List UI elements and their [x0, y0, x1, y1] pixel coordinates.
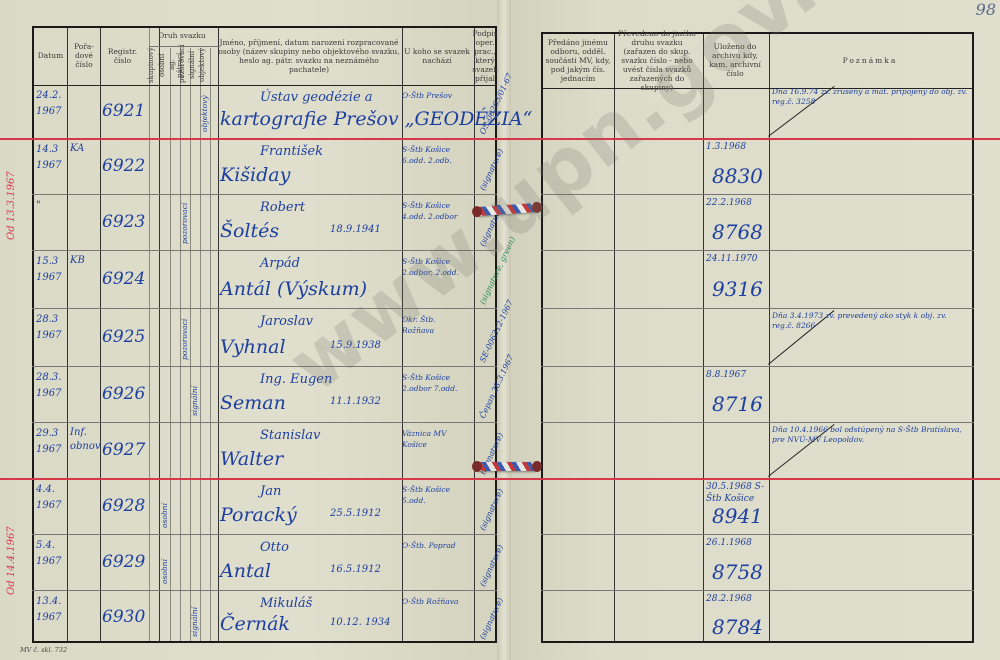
cell-u-koho: O-Štb. Poprad: [402, 540, 468, 551]
cell-surname: Seman: [220, 392, 286, 414]
cell-ulozeno-num: 8784: [712, 615, 763, 639]
cell-druh: signální: [190, 374, 199, 416]
cell-ulozeno-date: 1.3.1968: [706, 141, 768, 153]
cell-datum: 28.3. 1967: [36, 370, 66, 402]
cell-first-name: Jan: [260, 484, 281, 499]
header-datum: Datum: [34, 28, 67, 83]
cell-u-koho: O-Štb Prešov: [402, 90, 468, 101]
cell-surname: Šoltés: [220, 220, 279, 242]
cell-birth: 18.9.1941: [330, 224, 381, 235]
cell-datum: 13.4. 1967: [36, 594, 66, 626]
cell-ulozeno-num: 8941: [712, 504, 763, 528]
cell-registr: 6921: [102, 101, 145, 121]
cell-first-name: Otto: [260, 540, 289, 555]
cell-ulozeno-date: 8.8.1967: [706, 369, 768, 381]
cell-birth: 10.12. 1934: [330, 617, 390, 628]
cell-u-koho: O-Štb Rožňava: [402, 596, 468, 607]
header-poznamka: Poznámka: [770, 34, 970, 86]
cell-datum: 5.4. 1967: [36, 538, 66, 570]
header-registr-cislo: Registr. číslo: [100, 28, 145, 83]
cell-druh: pozorovací: [180, 202, 189, 244]
cell-first-name: František: [260, 144, 323, 159]
cell-birth: 16.5.1912: [330, 564, 381, 575]
cell-u-koho: S-Štb Košice 2.odbor 7.odd.: [402, 372, 468, 394]
cell-poradove: KB: [70, 254, 96, 268]
cell-datum: 29.3 1967: [36, 426, 66, 458]
cell-poznamka: Dňa 16.9.74 zv. zrušený a mat. pripojený…: [772, 87, 970, 107]
header-druh-1: osobní: [158, 47, 168, 83]
cell-birth: 25.5.1912: [330, 508, 381, 519]
cell-surname: Kišiday: [220, 164, 290, 186]
cell-ulozeno-date: 28.2.1968: [706, 593, 768, 605]
header-predano: Předáno jinému odboru, odděl. součásti M…: [545, 34, 611, 86]
cell-first-name: Stanislav: [260, 428, 320, 443]
header-druh-svazku: Druh svazku: [147, 27, 217, 43]
cell-ulozeno-date: 22.2.1968: [706, 197, 768, 209]
margin-note-2: Od 14.4.1967: [6, 526, 17, 595]
cell-surname: Walter: [220, 448, 283, 470]
cell-ulozeno-date: 26.1.1968: [706, 537, 768, 549]
cell-ulozeno-date: 24.11.1970: [706, 253, 768, 265]
header-jmeno: Jméno, příjmení, datum narození rozpraco…: [218, 28, 400, 83]
cell-first-name: Mikuláš: [260, 596, 312, 611]
cell-registr: 6922: [102, 156, 145, 176]
cell-druh: osobní: [160, 542, 169, 584]
cell-registr: 6930: [102, 607, 145, 627]
cell-ulozeno-date: 30.5.1968 S-Štb Košice: [706, 481, 768, 505]
header-druh-4: signální: [188, 47, 198, 83]
cell-registr: 6925: [102, 327, 145, 347]
margin-note-1: Od 13.3.1967: [6, 171, 17, 240]
cell-poradove: Inf. obnov: [70, 426, 96, 454]
cell-poznamka: Dňa 3.4.1973 zv. prevedený ako styk k ob…: [772, 311, 970, 331]
cell-surname: Černák: [220, 613, 290, 635]
cell-surname: Antal: [220, 560, 271, 582]
cell-datum: 4.4. 1967: [36, 482, 66, 514]
cell-ulozeno-num: 8768: [712, 220, 763, 244]
header-druh-2: ag. pátrací: [168, 47, 178, 83]
cell-datum: 24.2. 1967: [36, 88, 66, 120]
page-number: 98: [976, 0, 996, 19]
cell-druh: osobní: [160, 486, 169, 528]
cell-poznamka: Dňa 10.4.1966 bol odstúpený na S-Štb Bra…: [772, 425, 970, 445]
cell-registr: 6923: [102, 212, 145, 232]
cell-registr: 6926: [102, 384, 145, 404]
cell-poradove: KA: [70, 142, 96, 156]
cell-registr: 6928: [102, 496, 145, 516]
cell-first-name: Arpád: [260, 256, 300, 271]
cell-ulozeno-num: 9316: [712, 277, 763, 301]
cell-datum: ": [36, 198, 66, 214]
cell-druh: signální: [190, 598, 199, 637]
cell-datum: 14.3 1967: [36, 142, 66, 174]
cell-druh: pozorovací: [180, 316, 189, 360]
cell-registr: 6929: [102, 552, 145, 572]
binding-cord-bottom: [476, 462, 538, 471]
cell-datum: 28.3 1967: [36, 312, 66, 344]
cell-ulozeno-num: 8830: [712, 164, 763, 188]
cell-u-koho: S-Štb Košice 6.odd. 2.odb.: [402, 144, 468, 166]
cell-first-name: Robert: [260, 200, 305, 215]
header-druh-5: objektový: [198, 47, 208, 83]
cell-first-name: Ústav geodézie a: [260, 90, 373, 105]
cell-datum: 15.3 1967: [36, 254, 66, 286]
header-druh-0: skupinový: [147, 47, 157, 83]
header-podpis: Podpis oper. prac., který svazek přijal: [474, 28, 496, 83]
cell-registr: 6924: [102, 269, 145, 289]
header-poradove-cislo: Pořa-dové číslo: [70, 28, 98, 83]
cell-u-koho: Väznica MV Košice: [402, 428, 468, 450]
cell-ulozeno-num: 8716: [712, 392, 763, 416]
header-druh-3: pozorovací: [178, 47, 188, 83]
cell-u-koho: S-Štb Košice 5.odd.: [402, 484, 468, 506]
cell-surname: Poracký: [220, 504, 297, 526]
form-code: MV č. skl. 732: [20, 646, 67, 654]
cell-druh: objektový: [200, 92, 209, 132]
header-u-koho: U koho se svazek nachází: [403, 28, 471, 83]
cell-ulozeno-num: 8758: [712, 560, 763, 584]
cell-registr: 6927: [102, 440, 145, 460]
